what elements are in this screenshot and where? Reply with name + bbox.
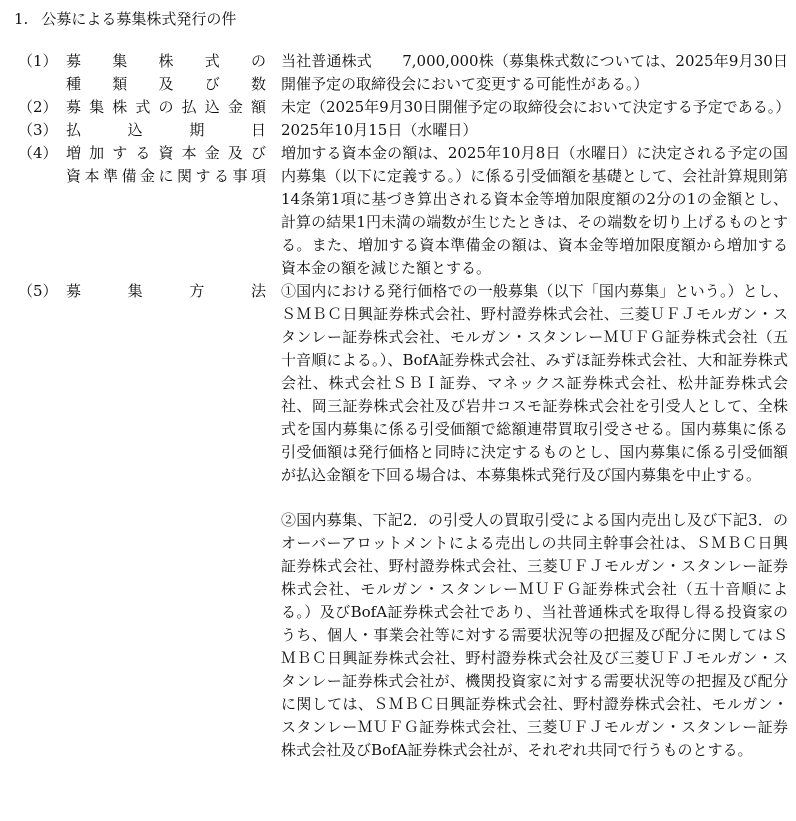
item-number: （4）	[18, 142, 66, 165]
item-content-paragraph-1: ①国内における発行価格での一般募集（以下「国内募集」という。）とし、ＳＭＢＣ日興…	[281, 280, 788, 487]
item-label: 募集株式の払込金額	[66, 96, 266, 119]
offering-item-row-2: （2） 募集株式の払込金額 未定（2025年9月30日開催予定の取締役会において…	[0, 96, 796, 119]
item-number: （1）	[18, 50, 66, 73]
item-content-paragraph-2: ②国内募集、下記2．の引受人の買取引受による国内売出し及び下記3．のオーバーアロ…	[281, 509, 788, 762]
section-heading: 1.公募による募集株式発行の件	[0, 8, 796, 31]
section-number: 1.	[14, 10, 28, 28]
offering-item-row-3: （3） 払込期日 2025年10月15日（水曜日）	[0, 119, 796, 142]
offering-item-row-5: （5） 募集方法 ①国内における発行価格での一般募集（以下「国内募集」という。）…	[0, 280, 796, 762]
offering-item-row-1: （1） 募集株式の 種類及び数 当社普通株式 7,000,000株（募集株式数に…	[0, 50, 796, 96]
item-number: （5）	[18, 280, 66, 303]
item-content: 2025年10月15日（水曜日）	[281, 119, 788, 142]
section-title: 公募による募集株式発行の件	[41, 10, 236, 28]
offering-item-row-4: （4） 増加する資本金及び 資本準備金に関する事項 増加する資本金の額は、202…	[0, 142, 796, 280]
item-content: 当社普通株式 7,000,000株（募集株式数については、2025年9月30日開…	[281, 50, 788, 96]
item-content: 未定（2025年9月30日開催予定の取締役会において決定する予定である。）	[281, 96, 788, 119]
item-number: （2）	[18, 96, 66, 119]
item-number: （3）	[18, 119, 66, 142]
document-page: 1.公募による募集株式発行の件 （1） 募集株式の 種類及び数 当社普通株式 7…	[0, 0, 796, 821]
item-label: 払込期日	[66, 119, 266, 142]
item-label: 募集株式の 種類及び数	[66, 50, 266, 96]
item-content: 増加する資本金の額は、2025年10月8日（水曜日）に決定される予定の国内募集（…	[281, 142, 788, 280]
item-label: 募集方法	[66, 280, 266, 303]
item-label: 増加する資本金及び 資本準備金に関する事項	[66, 142, 266, 188]
item-content: ①国内における発行価格での一般募集（以下「国内募集」という。）とし、ＳＭＢＣ日興…	[281, 280, 788, 762]
